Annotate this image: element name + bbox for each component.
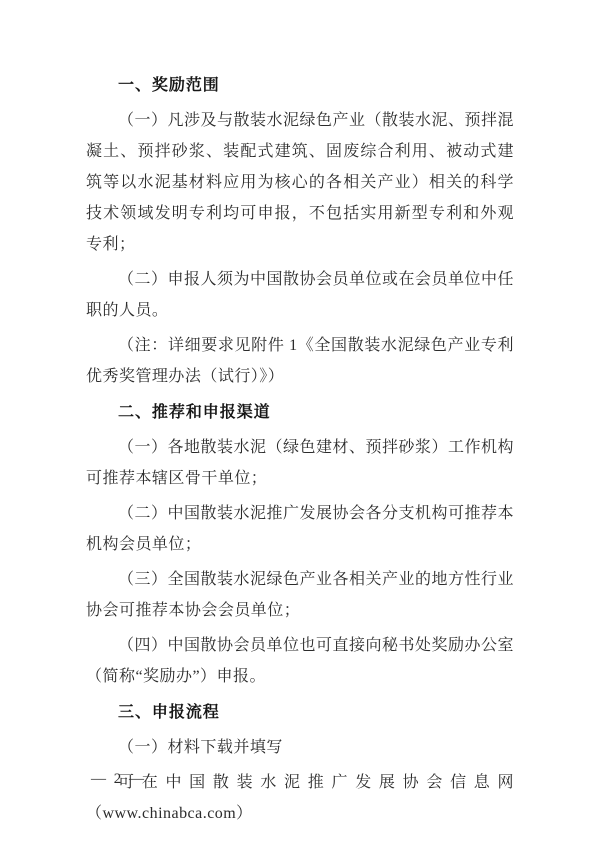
section-heading-recommendation-channels: 二、推荐和申报渠道 xyxy=(86,397,514,428)
paragraph-scope-item-1: （一）凡涉及与散装水泥绿色产业（散装水泥、预拌混凝土、预拌砂浆、装配式建筑、固废… xyxy=(86,105,514,260)
page-number: — 2 — xyxy=(91,768,146,790)
paragraph-channel-item-3: （三）全国散装水泥绿色产业各相关产业的地方性行业协会可推荐本协会会员单位； xyxy=(86,564,514,626)
paragraph-scope-note: （注：详细要求见附件 1《全国散装水泥绿色产业专利优秀奖管理办法（试行）》） xyxy=(86,330,514,392)
section-heading-award-scope: 一、奖励范围 xyxy=(86,70,514,101)
document-page: 一、奖励范围 （一）凡涉及与散装水泥绿色产业（散装水泥、预拌混凝土、预拌砂浆、装… xyxy=(0,0,600,849)
paragraph-channel-item-4: （四）中国散协会员单位也可直接向秘书处奖励办公室（简称“奖励办”）申报。 xyxy=(86,630,514,692)
section-heading-application-process: 三、申报流程 xyxy=(86,697,514,728)
paragraph-channel-item-1: （一）各地散装水泥（绿色建材、预拌砂浆）工作机构可推荐本辖区骨干单位； xyxy=(86,432,514,494)
paragraph-process-download: 可在中国散装水泥推广发展协会信息网（www.chinabca.com） xyxy=(86,767,514,829)
paragraph-scope-item-2: （二）申报人须为中国散协会员单位或在会员单位中任职的人员。 xyxy=(86,264,514,326)
paragraph-channel-item-2: （二）中国散装水泥推广发展协会各分支机构可推荐本机构会员单位； xyxy=(86,498,514,560)
document-body: 一、奖励范围 （一）凡涉及与散装水泥绿色产业（散装水泥、预拌混凝土、预拌砂浆、装… xyxy=(86,70,514,829)
paragraph-process-item-1: （一）材料下载并填写 xyxy=(86,732,514,763)
